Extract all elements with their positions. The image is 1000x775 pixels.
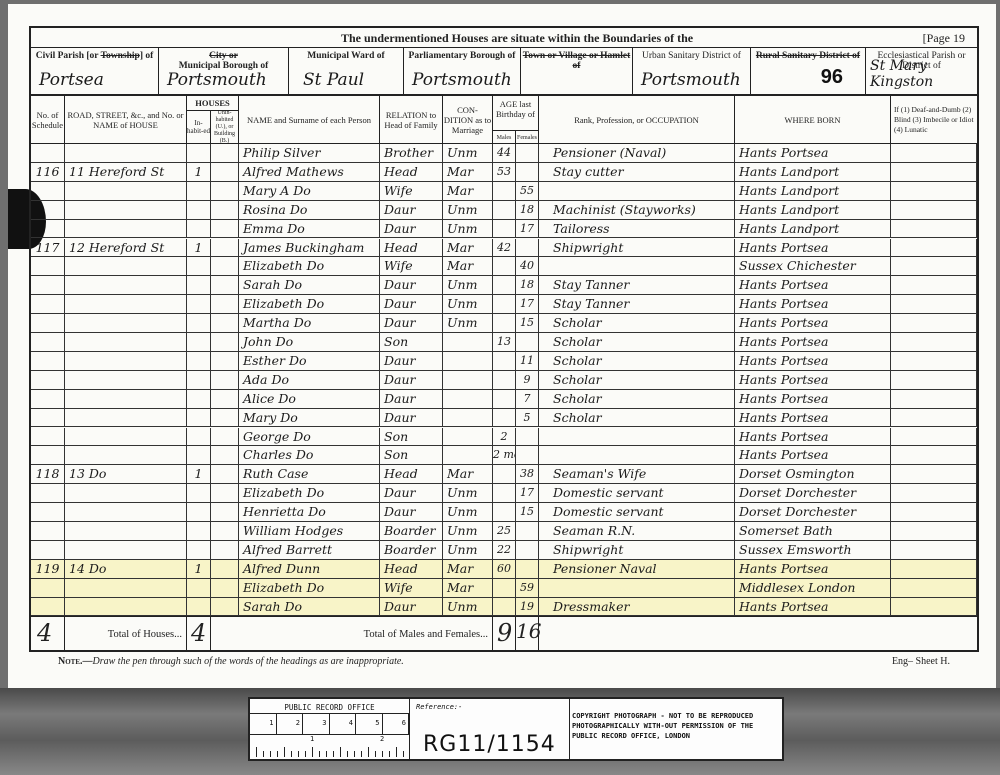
- cell-born: Hants Portsea: [735, 390, 891, 408]
- scale-number: 2: [277, 714, 304, 734]
- cell-female-age: 11: [516, 352, 539, 370]
- census-row: Ada DoDaur9ScholarHants Portsea: [31, 371, 977, 390]
- cell-empty: [891, 295, 977, 313]
- inch-ruler: 12: [250, 735, 409, 757]
- cell-relation: Daur: [380, 276, 443, 294]
- cell-empty: [891, 598, 977, 616]
- cell-occupation: Seaman's Wife: [539, 465, 735, 483]
- cell-name: George Do: [239, 428, 380, 446]
- cell-relation: Daur: [380, 598, 443, 616]
- cell-inhabited: [187, 314, 211, 332]
- cell-condition: Mar: [443, 182, 493, 200]
- cell-occupation: Scholar: [539, 314, 735, 332]
- ruler-tick: [256, 747, 257, 757]
- cell-name: Martha Do: [239, 314, 380, 332]
- cell-empty: [211, 409, 239, 427]
- cell-male-age: 2 mo: [493, 446, 516, 464]
- total-persons-label: Total of Males and Females...: [364, 629, 488, 640]
- cell-empty: [211, 239, 239, 257]
- sheet-code: Eng– Sheet H.: [892, 656, 950, 667]
- census-row: Mary A DoWifeMar55Hants Landport: [31, 182, 977, 201]
- cell-empty: [211, 201, 239, 219]
- cell-empty: [891, 409, 977, 427]
- cell-inhabited: [187, 182, 211, 200]
- cell-empty: [891, 201, 977, 219]
- ruler-tick: [270, 751, 271, 757]
- cell-condition: [443, 409, 493, 427]
- cell-empty: [211, 503, 239, 521]
- cell-schedule: 116: [31, 163, 65, 181]
- cell-born: Hants Portsea: [735, 446, 891, 464]
- cell-empty: [891, 390, 977, 408]
- district-urban-sanitary: Urban Sanitary District of Portsmouth: [633, 48, 751, 94]
- cell-inhabited: [187, 220, 211, 238]
- cell-born: Dorset Dorchester: [735, 503, 891, 521]
- cell-name: Sarah Do: [239, 598, 380, 616]
- cell-name: Elizabeth Do: [239, 484, 380, 502]
- record-office-title: PUBLIC RECORD OFFICE: [250, 699, 409, 714]
- cell-empty: [211, 484, 239, 502]
- cell-schedule: [31, 352, 65, 370]
- cell-empty: [891, 239, 977, 257]
- cell-condition: [443, 333, 493, 351]
- cell-inhabited: [187, 276, 211, 294]
- census-row: Elizabeth DoWifeMar59Middlesex London: [31, 579, 977, 598]
- cell-empty: [211, 257, 239, 275]
- ruler-tick: [403, 751, 404, 757]
- cell-road: 11 Hereford St: [65, 163, 187, 181]
- cell-male-age: 22: [493, 541, 516, 559]
- cell-schedule: [31, 390, 65, 408]
- form-title-bar: The undermentioned Houses are situate wi…: [31, 28, 977, 48]
- cell-born: Hants Portsea: [735, 371, 891, 389]
- cell-empty: [211, 276, 239, 294]
- census-page: The undermentioned Houses are situate wi…: [8, 4, 996, 688]
- cell-inhabited: 1: [187, 163, 211, 181]
- cell-female-age: 55: [516, 182, 539, 200]
- cell-name: Sarah Do: [239, 276, 380, 294]
- cell-inhabited: [187, 598, 211, 616]
- cell-schedule: [31, 598, 65, 616]
- cell-condition: Unm: [443, 276, 493, 294]
- ruler-tick: [375, 751, 376, 757]
- cell-empty: [891, 522, 977, 540]
- ruler-tick: [263, 751, 264, 757]
- cell-inhabited: [187, 257, 211, 275]
- cell-occupation: Pensioner (Naval): [539, 144, 735, 162]
- cell-occupation: [539, 579, 735, 597]
- cell-female-age: 18: [516, 201, 539, 219]
- cell-relation: Daur: [380, 352, 443, 370]
- cell-female-age: [516, 239, 539, 257]
- cell-name: Alice Do: [239, 390, 380, 408]
- cell-born: Hants Portsea: [735, 276, 891, 294]
- cell-name: Alfred Mathews: [239, 163, 380, 181]
- col-inhabited: In-habit-ed: [187, 110, 211, 144]
- cell-name: Ruth Case: [239, 465, 380, 483]
- cell-condition: Unm: [443, 522, 493, 540]
- cell-schedule: [31, 522, 65, 540]
- cell-male-age: [493, 182, 516, 200]
- cell-occupation: [539, 182, 735, 200]
- col-schedule: No. of Schedule: [31, 96, 65, 143]
- census-row: Elizabeth DoWifeMar40Sussex Chichester: [31, 257, 977, 276]
- cell-inhabited: [187, 541, 211, 559]
- cell-relation: Son: [380, 333, 443, 351]
- cell-female-age: [516, 541, 539, 559]
- cell-empty: [211, 295, 239, 313]
- col-condition: CON-DITION as to Marriage: [443, 96, 493, 143]
- cell-born: Somerset Bath: [735, 522, 891, 540]
- cell-male-age: 44: [493, 144, 516, 162]
- cell-born: Hants Landport: [735, 201, 891, 219]
- cell-road: [65, 276, 187, 294]
- ruler-tick: [368, 747, 369, 757]
- cell-condition: [443, 446, 493, 464]
- cell-male-age: [493, 390, 516, 408]
- cell-name: Mary Do: [239, 409, 380, 427]
- district-rural-sanitary: Rural Sanitary District of 96: [751, 48, 866, 94]
- cell-occupation: Scholar: [539, 352, 735, 370]
- census-row: Charles DoSon2 moHants Portsea: [31, 446, 977, 465]
- cell-occupation: Pensioner Naval: [539, 560, 735, 578]
- ruler-tick: [291, 751, 292, 757]
- cell-road: [65, 428, 187, 446]
- census-row: Elizabeth DoDaurUnm17Domestic servantDor…: [31, 484, 977, 503]
- form-title: The undermentioned Houses are situate wi…: [341, 31, 693, 46]
- cell-born: Dorset Osmington: [735, 465, 891, 483]
- cell-empty: [211, 352, 239, 370]
- cell-male-age: 25: [493, 522, 516, 540]
- cell-born: Hants Portsea: [735, 428, 891, 446]
- cell-born: Hants Portsea: [735, 239, 891, 257]
- cell-condition: Mar: [443, 465, 493, 483]
- scale-number: 6: [383, 714, 410, 734]
- cell-occupation: Machinist (Stayworks): [539, 201, 735, 219]
- cell-empty: [211, 579, 239, 597]
- cell-born: Hants Portsea: [735, 295, 891, 313]
- cell-road: [65, 371, 187, 389]
- cell-born: Middlesex London: [735, 579, 891, 597]
- census-row: Henrietta DoDaurUnm15Domestic servantDor…: [31, 503, 977, 522]
- cell-inhabited: [187, 409, 211, 427]
- copyright-notice: COPYRIGHT PHOTOGRAPH - NOT TO BE REPRODU…: [572, 711, 777, 741]
- census-row: 11813 Do1Ruth CaseHeadMar38Seaman's Wife…: [31, 465, 977, 484]
- cell-name: Emma Do: [239, 220, 380, 238]
- cell-name: Elizabeth Do: [239, 295, 380, 313]
- census-row: 11712 Hereford St1James BuckinghamHeadMa…: [31, 239, 977, 258]
- cell-male-age: [493, 465, 516, 483]
- cell-female-age: [516, 446, 539, 464]
- cell-condition: Mar: [443, 163, 493, 181]
- form-note: Note.—Draw the pen through such of the w…: [58, 656, 404, 667]
- cell-occupation: Scholar: [539, 333, 735, 351]
- cell-condition: Unm: [443, 598, 493, 616]
- district-town-village: Town or Village or Hamlet of: [521, 48, 633, 94]
- cell-male-age: [493, 409, 516, 427]
- cell-condition: [443, 390, 493, 408]
- cell-female-age: [516, 560, 539, 578]
- totals-row: 4 Total of Houses... 4 Total of Males an…: [31, 616, 977, 652]
- cell-female-age: 40: [516, 257, 539, 275]
- cell-born: Hants Portsea: [735, 352, 891, 370]
- cell-male-age: [493, 503, 516, 521]
- cell-condition: Unm: [443, 503, 493, 521]
- cell-schedule: [31, 428, 65, 446]
- cell-schedule: [31, 201, 65, 219]
- ruler-tick: [382, 751, 383, 757]
- cell-inhabited: [187, 144, 211, 162]
- inch-mark: 1: [310, 735, 314, 743]
- cell-inhabited: [187, 428, 211, 446]
- cell-born: Hants Landport: [735, 220, 891, 238]
- ruler-tick: [396, 747, 397, 757]
- ruler-tick: [319, 751, 320, 757]
- cell-road: [65, 352, 187, 370]
- census-row: Mary DoDaur5ScholarHants Portsea: [31, 409, 977, 428]
- cell-empty: [891, 220, 977, 238]
- cell-empty: [211, 541, 239, 559]
- cell-inhabited: 1: [187, 560, 211, 578]
- cell-relation: Head: [380, 560, 443, 578]
- ruler-tick: [298, 751, 299, 757]
- cell-male-age: [493, 579, 516, 597]
- col-name: NAME and Surname of each Person: [239, 96, 380, 143]
- cell-condition: Unm: [443, 144, 493, 162]
- census-row: Philip SilverBrotherUnm44Pensioner (Nava…: [31, 144, 977, 163]
- cell-female-age: 9: [516, 371, 539, 389]
- cell-name: Philip Silver: [239, 144, 380, 162]
- cell-condition: Mar: [443, 579, 493, 597]
- scale-number: 4: [330, 714, 357, 734]
- cell-male-age: [493, 484, 516, 502]
- total-schedules: 4: [37, 619, 52, 647]
- ruler-tick: [347, 751, 348, 757]
- cell-inhabited: [187, 522, 211, 540]
- district-header: Civil Parish [or Township] of Portsea Ci…: [31, 48, 977, 96]
- cell-empty: [891, 465, 977, 483]
- cell-relation: Daur: [380, 503, 443, 521]
- cell-name: John Do: [239, 333, 380, 351]
- cell-empty: [891, 352, 977, 370]
- cell-female-age: [516, 522, 539, 540]
- cell-condition: Unm: [443, 484, 493, 502]
- cell-schedule: [31, 182, 65, 200]
- cell-occupation: Scholar: [539, 390, 735, 408]
- cell-road: 13 Do: [65, 465, 187, 483]
- cell-inhabited: [187, 390, 211, 408]
- cell-road: [65, 333, 187, 351]
- cell-empty: [211, 333, 239, 351]
- cell-occupation: Stay Tanner: [539, 295, 735, 313]
- col-females: Females: [516, 130, 539, 144]
- cell-born: Dorset Dorchester: [735, 484, 891, 502]
- cell-female-age: 59: [516, 579, 539, 597]
- ruler-tick: [312, 747, 313, 757]
- cell-road: 14 Do: [65, 560, 187, 578]
- cell-schedule: [31, 257, 65, 275]
- ruler-tick: [305, 751, 306, 757]
- district-civil-parish: Civil Parish [or Township] of Portsea: [31, 48, 159, 94]
- cell-inhabited: [187, 484, 211, 502]
- cell-empty: [891, 182, 977, 200]
- cell-born: Hants Portsea: [735, 598, 891, 616]
- cell-schedule: [31, 295, 65, 313]
- cell-male-age: [493, 220, 516, 238]
- census-row: Sarah DoDaurUnm18Stay TannerHants Portse…: [31, 276, 977, 295]
- cell-relation: Wife: [380, 579, 443, 597]
- cell-relation: Daur: [380, 201, 443, 219]
- cell-empty: [211, 144, 239, 162]
- cell-road: [65, 295, 187, 313]
- cell-inhabited: [187, 201, 211, 219]
- cell-female-age: [516, 144, 539, 162]
- scale-number: 3: [303, 714, 330, 734]
- cell-male-age: 60: [493, 560, 516, 578]
- scale-number: 1: [250, 714, 277, 734]
- cell-road: [65, 579, 187, 597]
- census-row: Alfred BarrettBoarderUnm22ShipwrightSuss…: [31, 541, 977, 560]
- cell-empty: [211, 163, 239, 181]
- cell-empty: [211, 560, 239, 578]
- cell-female-age: [516, 428, 539, 446]
- cell-empty: [891, 446, 977, 464]
- page-number: [Page 19: [923, 31, 965, 46]
- cell-inhabited: [187, 503, 211, 521]
- cell-condition: Mar: [443, 257, 493, 275]
- cell-condition: [443, 428, 493, 446]
- cell-female-age: 17: [516, 295, 539, 313]
- cell-name: William Hodges: [239, 522, 380, 540]
- cell-schedule: [31, 409, 65, 427]
- cell-inhabited: [187, 446, 211, 464]
- cell-relation: Daur: [380, 295, 443, 313]
- cell-relation: Head: [380, 465, 443, 483]
- ruler-tick: [284, 747, 285, 757]
- cell-inhabited: [187, 295, 211, 313]
- cell-condition: Mar: [443, 239, 493, 257]
- cell-condition: [443, 352, 493, 370]
- cell-male-age: [493, 201, 516, 219]
- cell-male-age: [493, 257, 516, 275]
- cell-occupation: Domestic servant: [539, 503, 735, 521]
- cell-empty: [211, 465, 239, 483]
- cell-relation: Daur: [380, 484, 443, 502]
- cell-occupation: Scholar: [539, 409, 735, 427]
- cell-occupation: Shipwright: [539, 239, 735, 257]
- cell-road: [65, 390, 187, 408]
- cell-schedule: [31, 541, 65, 559]
- cell-empty: [891, 541, 977, 559]
- cell-male-age: 13: [493, 333, 516, 351]
- cell-relation: Head: [380, 239, 443, 257]
- col-uninhabited: Unin-habited (U.), or Building (B.): [211, 110, 239, 144]
- cell-empty: [891, 276, 977, 294]
- cell-male-age: [493, 371, 516, 389]
- reference-label: Reference:-: [411, 699, 569, 711]
- cell-female-age: 17: [516, 484, 539, 502]
- cell-road: 12 Hereford St: [65, 239, 187, 257]
- cell-schedule: [31, 579, 65, 597]
- cell-name: Elizabeth Do: [239, 579, 380, 597]
- scale-number: 5: [356, 714, 383, 734]
- cell-name: Elizabeth Do: [239, 257, 380, 275]
- cell-relation: Daur: [380, 220, 443, 238]
- cell-road: [65, 257, 187, 275]
- cell-relation: Brother: [380, 144, 443, 162]
- district-municipal-ward: Municipal Ward of St Paul: [289, 48, 404, 94]
- census-row: Emma DoDaurUnm17TailoressHants Landport: [31, 220, 977, 239]
- column-headers: No. of Schedule ROAD, STREET, &c., and N…: [31, 96, 977, 144]
- cell-empty: [211, 220, 239, 238]
- cell-empty: [891, 428, 977, 446]
- cell-inhabited: 1: [187, 239, 211, 257]
- total-houses: 4: [191, 619, 206, 647]
- inch-mark: 2: [380, 735, 384, 743]
- cell-born: Sussex Emsworth: [735, 541, 891, 559]
- cell-female-age: 7: [516, 390, 539, 408]
- col-males: Males: [493, 130, 516, 144]
- cell-occupation: Tailoress: [539, 220, 735, 238]
- cell-relation: Wife: [380, 182, 443, 200]
- cell-occupation: [539, 446, 735, 464]
- cell-relation: Boarder: [380, 522, 443, 540]
- total-males: 9: [497, 619, 512, 647]
- reference-panel: Reference:- RG11/1154: [411, 699, 570, 759]
- cell-empty: [891, 484, 977, 502]
- cell-empty: [891, 333, 977, 351]
- ruler-tick: [361, 751, 362, 757]
- cell-schedule: [31, 220, 65, 238]
- cell-relation: Daur: [380, 409, 443, 427]
- cell-born: Hants Landport: [735, 182, 891, 200]
- cell-occupation: Scholar: [539, 371, 735, 389]
- census-row: Martha DoDaurUnm15ScholarHants Portsea: [31, 314, 977, 333]
- ruler-tick: [340, 747, 341, 757]
- census-row: 11914 Do1Alfred DunnHeadMar60Pensioner N…: [31, 560, 977, 579]
- cell-relation: Boarder: [380, 541, 443, 559]
- census-row: Esther DoDaur11ScholarHants Portsea: [31, 352, 977, 371]
- col-where-born: WHERE BORN: [735, 96, 891, 143]
- cell-male-age: [493, 276, 516, 294]
- cell-occupation: Stay cutter: [539, 163, 735, 181]
- census-row: Rosina DoDaurUnm18Machinist (Stayworks)H…: [31, 201, 977, 220]
- cell-male-age: [493, 295, 516, 313]
- cell-name: Esther Do: [239, 352, 380, 370]
- cell-male-age: [493, 598, 516, 616]
- cell-name: Henrietta Do: [239, 503, 380, 521]
- enumeration-district-number: 96: [821, 66, 843, 89]
- cell-male-age: [493, 352, 516, 370]
- ruler-tick: [326, 751, 327, 757]
- district-parliamentary-borough: Parliamentary Borough of Portsmouth: [404, 48, 521, 94]
- cell-road: [65, 446, 187, 464]
- cell-male-age: 53: [493, 163, 516, 181]
- total-females: 16: [516, 619, 541, 643]
- ruler-tick: [389, 751, 390, 757]
- cell-inhabited: 1: [187, 465, 211, 483]
- cell-empty: [211, 314, 239, 332]
- cell-road: [65, 144, 187, 162]
- cell-female-age: 19: [516, 598, 539, 616]
- cell-occupation: Shipwright: [539, 541, 735, 559]
- cell-inhabited: [187, 579, 211, 597]
- cell-female-age: 15: [516, 503, 539, 521]
- cell-inhabited: [187, 333, 211, 351]
- cell-name: Rosina Do: [239, 201, 380, 219]
- cell-occupation: Seaman R.N.: [539, 522, 735, 540]
- cell-schedule: 118: [31, 465, 65, 483]
